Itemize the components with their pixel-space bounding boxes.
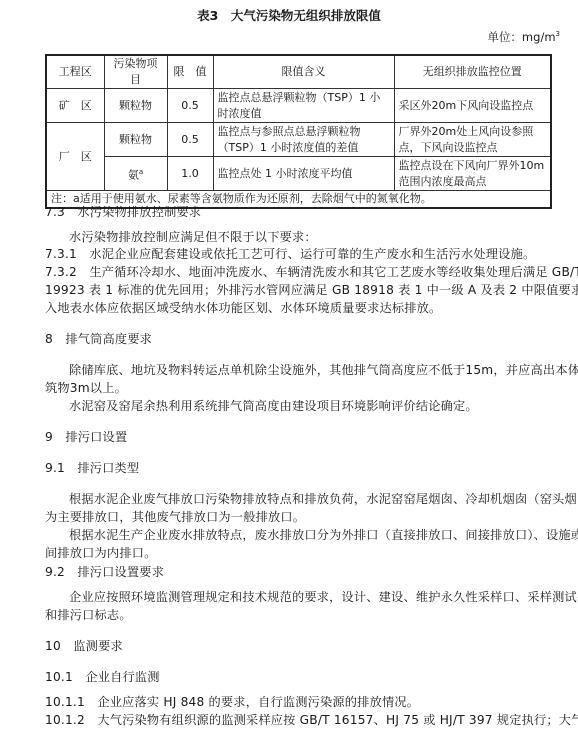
section-heading: 7.3 水污染物排放控制要求 <box>45 203 201 220</box>
section-heading: 9.1 排污口类型 <box>45 459 139 476</box>
emission-limits-table: 工程区 污染物项目 限 值 限值含义 无组织排放监控位置 矿 区 颗粒物 0.5… <box>45 54 552 209</box>
paragraph-line: 筑物3m以上。 <box>45 379 127 396</box>
unit-text: 单位：mg/m <box>487 30 555 44</box>
cell-location: 厂界外20m处上风向设参照点，下风向设监控点 <box>394 123 551 157</box>
cell-limit: 1.0 <box>167 157 213 191</box>
paragraph-line: 入地表水体应依据区域受纳水体功能区划、水体环境质量要求达标排放。 <box>45 299 441 316</box>
table-header-row: 工程区 污染物项目 限 值 限值含义 无组织排放监控位置 <box>46 55 551 89</box>
paragraph-line: 10.1.2 大气污染物有组织源的监测采样应按 GB/T 16157、HJ 75… <box>45 711 578 728</box>
paragraph-line: 和排污口标志。 <box>45 606 132 623</box>
table-row: 氨a 1.0 监控点处 1 小时浓度平均值 监控点设在下风向厂界外10m范围内浓… <box>46 157 551 191</box>
cell-location: 监控点设在下风向厂界外10m范围内浓度最高点 <box>394 157 551 191</box>
paragraph-line: 10.1.1 企业应落实 HJ 848 的要求，自行监测污染源的排放情况。 <box>45 693 419 710</box>
paragraph-line: 根据水泥生产企业废水排放特点，废水排放口分为外排口（直接排放口、间接排放口）、设… <box>45 526 578 543</box>
table-row: 矿 区 颗粒物 0.5 监控点总悬浮颗粒物（TSP）1 小时浓度值 采区外20m… <box>46 89 551 123</box>
paragraph-line: 7.3.2 生产循环冷却水、地面冲洗废水、车辆清洗废水和其它工艺废水等经收集处理… <box>45 263 578 280</box>
paragraph-line: 间排放口为内排口。 <box>45 544 157 561</box>
section-heading: 10 监测要求 <box>45 637 123 654</box>
paragraph-line: 根据水泥企业废气排放口污染物排放特点和排放负荷，水泥窑窑尾烟囱、冷却机烟囱（窑头… <box>45 490 578 507</box>
cell-limit: 0.5 <box>167 89 213 123</box>
header-meaning: 限值含义 <box>213 55 394 89</box>
cell-meaning: 监控点处 1 小时浓度平均值 <box>213 157 394 191</box>
header-location: 无组织排放监控位置 <box>394 55 551 89</box>
section-heading: 9 排污口设置 <box>45 428 127 445</box>
cell-location: 采区外20m下风向设监控点 <box>394 89 551 123</box>
header-area: 工程区 <box>46 55 104 89</box>
cell-area: 矿 区 <box>46 89 104 123</box>
paragraph-line: 水污染物排放控制应满足但不限于以下要求： <box>45 228 317 245</box>
paragraph-line: 为主要排放口，其他废气排放口为一般排放口。 <box>45 508 305 525</box>
unit-label: 单位：mg/m3 <box>487 29 560 45</box>
cell-pollutant: 氨a <box>104 157 167 191</box>
cell-pollutant: 颗粒物 <box>104 123 167 157</box>
section-heading: 8 排气筒高度要求 <box>45 330 152 347</box>
unit-superscript: 3 <box>556 30 560 38</box>
cell-meaning: 监控点与参照点总悬浮颗粒物（TSP）1 小时浓度值的差值 <box>213 123 394 157</box>
paragraph-line: 除储库底、地坑及物料转运点单机除尘设施外，其他排气筒高度应不低于15m，并应高出… <box>45 361 578 378</box>
paragraph-line: 19923 表 1 标准的优先回用；外排污水管网应满足 GB 18918 表 1… <box>45 281 578 298</box>
paragraph-line: 企业应按照环境监测管理规定和技术规范的要求，设计、建设、维护永久性采样口、采样测… <box>45 588 578 605</box>
header-limit: 限 值 <box>167 55 213 89</box>
paragraph-line: 水泥窑及窑尾余热利用系统排气筒高度由建设项目环境影响评价结论确定。 <box>45 397 478 414</box>
section-heading: 10.1 企业自行监测 <box>45 668 160 685</box>
footnote-marker: a <box>139 168 143 176</box>
cell-limit: 0.5 <box>167 123 213 157</box>
table-row: 厂 区 颗粒物 0.5 监控点与参照点总悬浮颗粒物（TSP）1 小时浓度值的差值… <box>46 123 551 157</box>
cell-pollutant: 颗粒物 <box>104 89 167 123</box>
pollutant-text: 氨 <box>128 168 139 181</box>
section-heading: 9.2 排污口设置要求 <box>45 563 164 580</box>
cell-area: 厂 区 <box>46 123 104 191</box>
header-pollutant: 污染物项目 <box>104 55 167 89</box>
cell-meaning: 监控点总悬浮颗粒物（TSP）1 小时浓度值 <box>213 89 394 123</box>
paragraph-line: 7.3.1 水泥企业应配套建设或依托工艺可行、运行可靠的生产废水和生活污水处理设… <box>45 245 535 262</box>
table-title: 表3 大气污染物无组织排放限值 <box>0 6 578 24</box>
